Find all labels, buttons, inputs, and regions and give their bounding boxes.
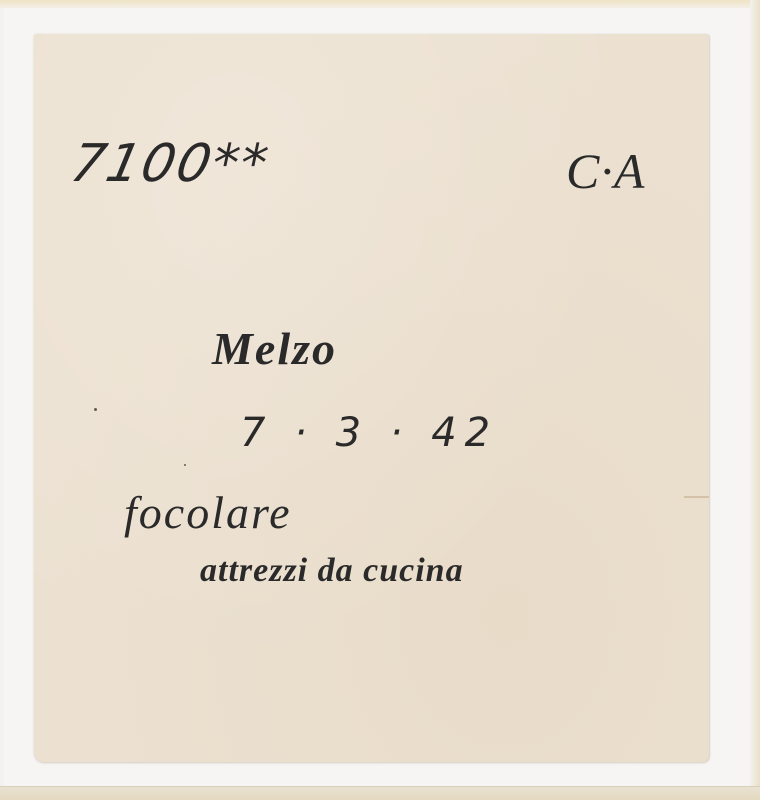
collector-initials: C·A [566, 142, 645, 200]
date: 7 · 3 · 42 [240, 410, 498, 456]
backing-board-right-edge [750, 0, 760, 800]
backing-board-top-edge [0, 0, 760, 8]
paper-speck [94, 408, 97, 411]
subject-detail: attrezzi da cucina [200, 552, 464, 590]
subject-title: focolare [124, 486, 292, 539]
paper-speck [184, 464, 186, 466]
catalog-number: 7100** [66, 134, 275, 194]
backing-board-bottom-edge [0, 786, 760, 800]
place-name: Melzo [212, 322, 337, 375]
